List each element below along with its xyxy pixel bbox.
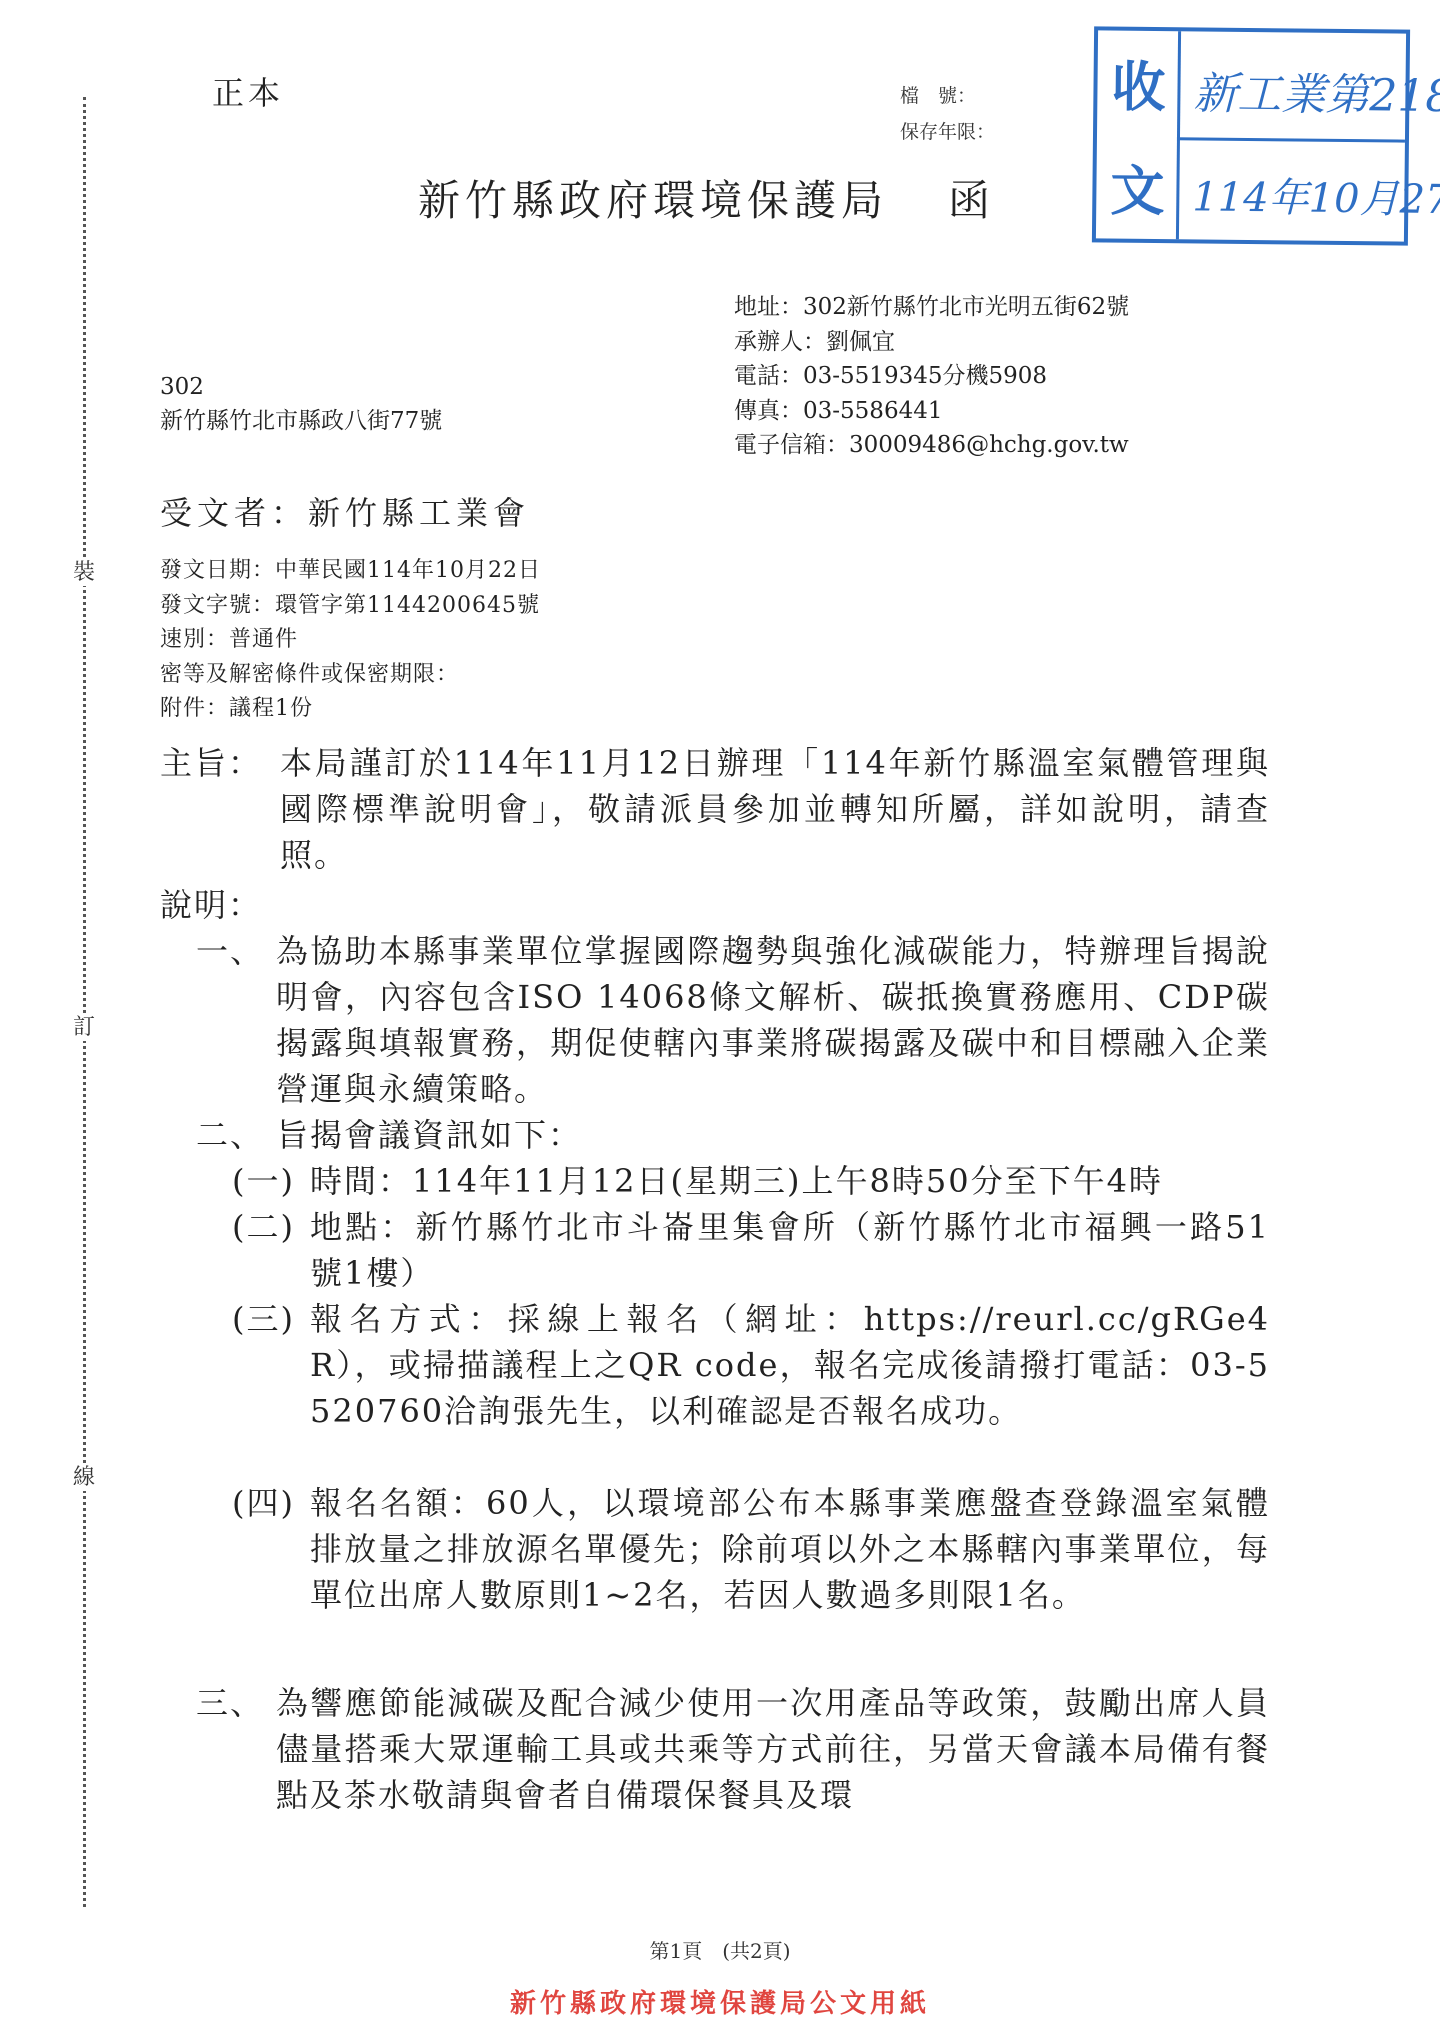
document-title: 新竹縣政府環境保護局函 [418, 168, 995, 228]
attachment: 附件：議程1份 [160, 692, 541, 727]
sub-item-number: (三) [232, 1296, 310, 1434]
sub-item-text: 地點：新竹縣竹北市斗崙里集會所（新竹縣竹北市福興一路51號1樓） [310, 1204, 1270, 1296]
sub-item-quota: (四) 報名名額：60人，以環境部公布本縣事業應盤查登錄溫室氣體排放量之排放源名… [232, 1480, 1270, 1618]
sub-item-text: 時間：114年11月12日(星期三)上午8時50分至下午4時 [310, 1158, 1270, 1204]
binding-mark-line: 線 [70, 1465, 98, 1491]
issue-date: 發文日期：中華民國114年10月22日 [160, 554, 541, 589]
subject-label: 主旨： [160, 740, 280, 878]
receipt-stamp: 收 文 新工業第218號 114年10月27日 [1092, 26, 1410, 245]
original-copy-mark: 正本 [212, 68, 284, 114]
item-text: 為協助本縣事業單位掌握國際趨勢與強化減碳能力，特辦理旨揭說明會，內容包含ISO … [276, 928, 1270, 1112]
sub-item-number: (四) [232, 1480, 310, 1618]
item-number: 三、 [196, 1680, 276, 1818]
sender-officer: 承辦人：劉佩宜 [734, 325, 1129, 360]
sender-address: 地址：302新竹縣竹北市光明五街62號 [734, 290, 1129, 325]
sub-item-number: (二) [232, 1204, 310, 1296]
official-paper-label: 新竹縣政府環境保護局公文用紙 [0, 1983, 1440, 2020]
sub-item-text: 報名方式：採線上報名（網址：https://reurl.cc/gRGe4R），或… [310, 1296, 1270, 1434]
stamp-doc-char: 文 [1110, 149, 1165, 227]
recipient: 受文者：新竹縣工業會 [160, 488, 530, 534]
agency-name: 新竹縣政府環境保護局 [418, 176, 888, 225]
recipient-mailing-address: 302 新竹縣竹北市縣政八街77號 [160, 370, 442, 438]
sub-item-time: (一) 時間：114年11月12日(星期三)上午8時50分至下午4時 [232, 1158, 1270, 1204]
recipient-street: 新竹縣竹北市縣政八街77號 [160, 404, 442, 438]
item-text: 旨揭會議資訊如下： [276, 1112, 582, 1158]
document-meta: 發文日期：中華民國114年10月22日 發文字號：環管字第1144200645號… [160, 554, 541, 727]
binding-mark-bind: 裝 [70, 560, 98, 586]
item-number: 二、 [196, 1112, 276, 1158]
item-number: 一、 [196, 928, 276, 1112]
stamp-receive-char: 收 [1111, 45, 1166, 123]
stamp-receipt-number: 新工業第218號 [1193, 57, 1440, 124]
subject-text: 本局謹訂於114年11月12日辦理「114年新竹縣溫室氣體管理與國際標準說明會」… [280, 740, 1270, 878]
sender-phone: 電話：03-5519345分機5908 [734, 359, 1129, 394]
file-number-label: 檔 號： [900, 78, 995, 114]
explanation-label: 說明： [160, 882, 1270, 928]
binding-mark-staple: 訂 [70, 1015, 98, 1041]
secrecy-level: 密等及解密條件或保密期限： [160, 658, 541, 693]
stamp-receipt-date: 114年10月27日 [1192, 165, 1440, 225]
sender-info: 地址：302新竹縣竹北市光明五街62號 承辦人：劉佩宜 電話：03-551934… [734, 290, 1129, 463]
stamp-divider [1177, 137, 1405, 142]
explanation-item-2: 二、 旨揭會議資訊如下： [196, 1112, 1270, 1158]
sub-item-location: (二) 地點：新竹縣竹北市斗崙里集會所（新竹縣竹北市福興一路51號1樓） [232, 1204, 1270, 1296]
binding-dotted-line [83, 97, 86, 1907]
document-type: 函 [948, 176, 995, 225]
retention-period-label: 保存年限： [900, 114, 995, 150]
file-meta: 檔 號： 保存年限： [900, 78, 995, 150]
document-number: 發文字號：環管字第1144200645號 [160, 589, 541, 624]
sub-item-number: (一) [232, 1158, 310, 1204]
explanation-item-1: 一、 為協助本縣事業單位掌握國際趨勢與強化減碳能力，特辦理旨揭說明會，內容包含I… [196, 928, 1270, 1112]
sub-item-text: 報名名額：60人，以環境部公布本縣事業應盤查登錄溫室氣體排放量之排放源名單優先；… [310, 1480, 1270, 1618]
subject-section: 主旨： 本局謹訂於114年11月12日辦理「114年新竹縣溫室氣體管理與國際標準… [160, 740, 1270, 878]
stamp-label-column: 收 文 [1096, 30, 1181, 239]
page-number: 第1頁 (共2頁) [0, 1935, 1440, 1964]
item-text: 為響應節能減碳及配合減少使用一次用產品等政策，鼓勵出席人員儘量搭乘大眾運輸工具或… [276, 1680, 1270, 1818]
recipient-zip: 302 [160, 370, 442, 404]
explanation-item-3: 三、 為響應節能減碳及配合減少使用一次用產品等政策，鼓勵出席人員儘量搭乘大眾運輸… [196, 1680, 1270, 1818]
sender-fax: 傳真：03-5586441 [734, 394, 1129, 429]
delivery-speed: 速別：普通件 [160, 623, 541, 658]
sender-email: 電子信箱：30009486@hchg.gov.tw [734, 428, 1129, 463]
sub-item-registration: (三) 報名方式：採線上報名（網址：https://reurl.cc/gRGe4… [232, 1296, 1270, 1434]
